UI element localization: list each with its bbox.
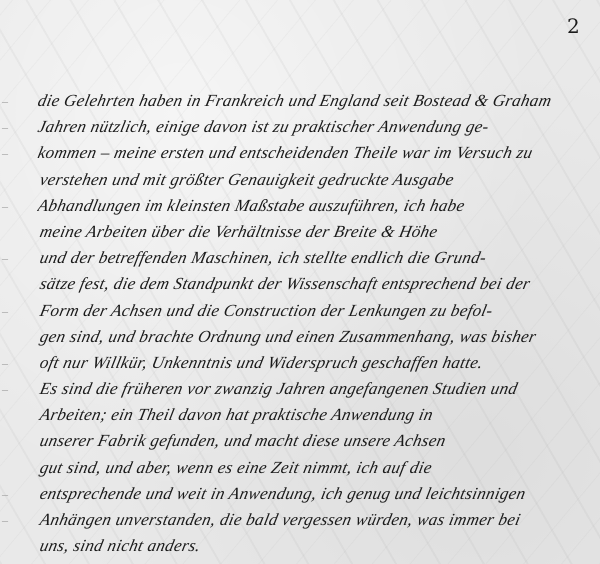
text-line: entsprechende und weit in Anwendung, ich… [35,481,581,507]
text-line: die Gelehrten haben in Frankreich und En… [35,88,581,114]
text-line: gut sind, und aber, wenn es eine Zeit ni… [35,455,581,481]
margin-mark: – [2,114,32,140]
margin-mark [2,271,32,297]
margin-mark [2,428,32,454]
margin-mark: – [2,376,32,402]
text-line: Arbeiten; ein Theil davon hat praktische… [35,402,581,428]
text-line: Es sind die früheren vor zwanzig Jahren … [35,376,581,402]
margin-mark: – [2,245,32,271]
margin-mark [2,324,32,350]
text-line: oft nur Willkür, Unkenntnis und Widerspr… [35,350,581,376]
text-line: kommen – meine ersten und entscheidenden… [35,140,581,166]
margin-mark: – [2,298,32,324]
handwritten-text-body: die Gelehrten haben in Frankreich und En… [38,88,578,559]
text-line: unserer Fabrik gefunden, und macht diese… [35,428,581,454]
text-line: gen sind, und brachte Ordnung und einen … [35,324,581,350]
margin-mark: – [2,140,32,166]
margin-mark [2,402,32,428]
margin-mark [2,455,32,481]
margin-mark: – [2,507,32,533]
margin-mark [2,219,32,245]
text-line: sätze fest, die dem Standpunkt der Wisse… [35,271,581,297]
text-line: Jahren nützlich, einige davon ist zu pra… [35,114,581,140]
text-line: meine Arbeiten über die Verhältnisse der… [35,219,581,245]
margin-mark: – [2,193,32,219]
text-line: uns, sind nicht anders. [35,533,581,559]
text-line: Anhängen unverstanden, die bald vergesse… [35,507,581,533]
text-line: Form der Achsen und die Construction der… [35,298,581,324]
page-number: 2 [567,14,580,38]
text-line: verstehen und mit größter Genauigkeit ge… [35,167,581,193]
margin-mark: – [2,350,32,376]
text-line: Abhandlungen im kleinsten Maßstabe auszu… [35,193,581,219]
margin-mark: – [2,88,32,114]
text-line: und der betreffenden Maschinen, ich stel… [35,245,581,271]
margin-mark [2,533,32,559]
margin-mark [2,167,32,193]
margin-marks: – – – – – – – – – – [2,88,32,559]
margin-mark: – [2,481,32,507]
